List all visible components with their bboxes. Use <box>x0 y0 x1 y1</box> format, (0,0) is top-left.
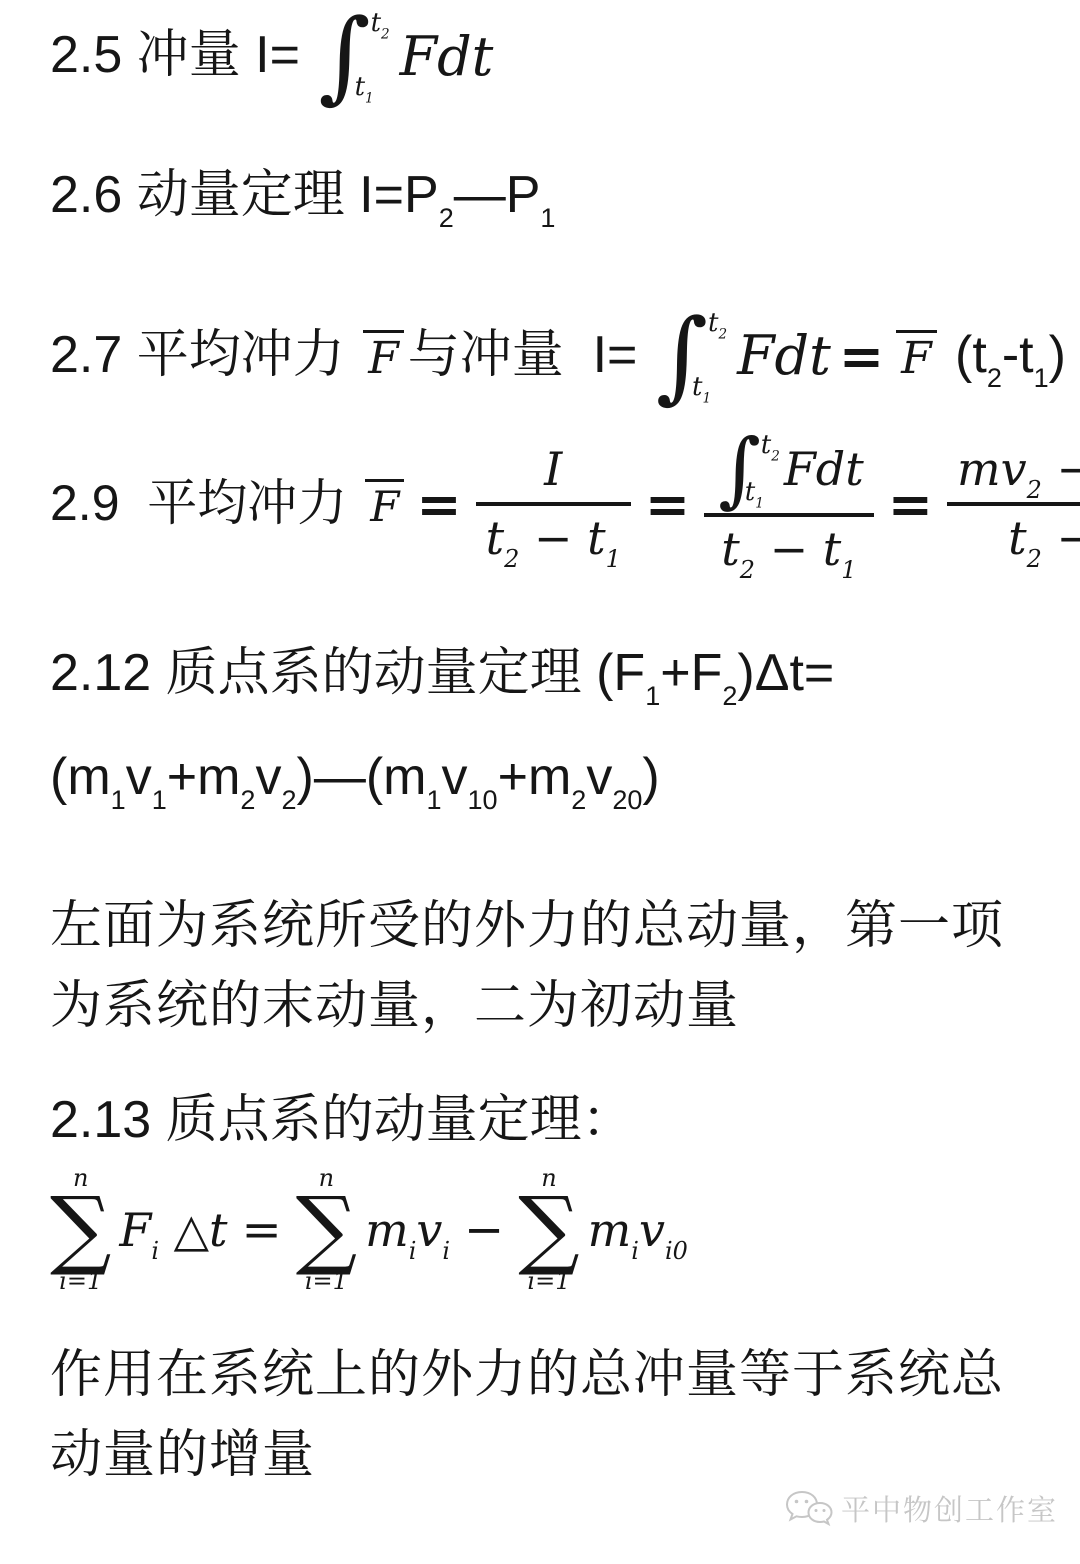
formula-2-5-text: 2.5 冲量 I= <box>50 26 314 86</box>
fraction-bar <box>476 502 631 506</box>
fraction-bar <box>704 513 874 517</box>
integrand: Fdt <box>784 443 864 496</box>
integrand: Fdt <box>400 25 494 88</box>
integral-limits: t2 t1 <box>761 432 780 507</box>
equals-sign: = <box>416 472 461 536</box>
average-force-fbar: F <box>896 330 937 381</box>
formula-2-5: 2.5 冲量 I= ∫ t2 t1 Fdt <box>50 10 1050 102</box>
fraction-impulse-over-time: I t2 − t1 <box>476 441 631 567</box>
formula-2-7-prefix: 2.7 平均冲力 <box>50 326 359 386</box>
formula-2-9: 2.9 平均冲力 F = I t2 − t1 = ∫ t2 t1 Fdt t2 … <box>50 430 1050 578</box>
summation-lower-limit: i=1 <box>59 1268 102 1294</box>
formula-2-7-mid: 与冲量 I= <box>408 326 652 386</box>
summation-group: n ∑ i=1 <box>50 1165 111 1295</box>
formula-2-7: 2.7 平均冲力 F 与冲量 I= ∫ t2 t1 Fdt = F (t2-t1… <box>50 310 1050 402</box>
formula-2-9-prefix: 2.9 平均冲力 <box>50 475 361 533</box>
explanation-line: 作用在系统上的外力的总冲量等于系统总 <box>50 1335 1050 1416</box>
fraction-denominator: t2 − t1 <box>476 510 631 567</box>
summation-lower-limit: i=1 <box>305 1268 348 1294</box>
formula-2-6-text: 2.6 动量定理 I=P2—P1 <box>50 166 555 226</box>
equals-sign: = <box>839 324 884 388</box>
formula-2-12-text: 2.12 质点系的动量定理 (F1+F2)Δt= <box>50 644 834 704</box>
minus-sign: − <box>464 1202 504 1258</box>
integral-upper-limit: t2 <box>708 310 727 336</box>
formula-2-12-line2: (m1v1+m2v2)—(m1v10+m2v20) <box>50 748 1050 808</box>
integral-group: ∫ t2 t1 <box>656 310 727 402</box>
explanation-line: 动量的增量 <box>50 1415 1050 1496</box>
formula-2-13-title: 2.13 质点系的动量定理： <box>50 1091 634 1151</box>
average-force-fbar: F <box>363 330 404 381</box>
fraction-numerator: mv2 − mv1 <box>947 441 1080 498</box>
equals-sign: = <box>241 1202 281 1258</box>
fraction-denominator: t2 − t1 <box>711 521 866 578</box>
fraction-momentum-over-time: mv2 − mv1 t2 − t1 <box>947 441 1080 567</box>
explanation-line: 左面为系统所受的外力的总动量，第一项 <box>50 886 1050 967</box>
watermark-text: 平中物创工作室 <box>841 1488 1058 1529</box>
formula-2-12-continuation: (m1v1+m2v2)—(m1v10+m2v20) <box>50 748 660 808</box>
integral-lower-limit: t1 <box>745 479 780 505</box>
integral-lower-limit: t1 <box>692 374 727 400</box>
summation-group: n ∑ i=1 <box>518 1165 579 1295</box>
formula-2-6: 2.6 动量定理 I=P2—P1 <box>50 166 1050 226</box>
formula-2-7-tail: (t2-t1) <box>941 326 1066 386</box>
fraction-bar <box>947 502 1080 506</box>
fraction-integral-over-time: ∫ t2 t1 Fdt t2 − t1 <box>704 430 874 578</box>
equals-sign: = <box>645 472 690 536</box>
integrand: Fdt <box>737 324 831 387</box>
wechat-icon <box>785 1489 833 1529</box>
sigma-icon: ∑ <box>50 1191 111 1268</box>
formula-2-12-line1: 2.12 质点系的动量定理 (F1+F2)Δt= <box>50 644 1050 704</box>
integral-upper-limit: t2 <box>761 432 780 458</box>
summation-lower-limit: i=1 <box>527 1268 570 1294</box>
fraction-denominator: t2 − t1 <box>998 510 1080 567</box>
summation-body: mivi <box>365 1203 450 1257</box>
summation-body: Fi △t <box>119 1203 227 1257</box>
integral-upper-limit: t2 <box>371 10 390 36</box>
formula-sheet: 2.5 冲量 I= ∫ t2 t1 Fdt 2.6 动量定理 I=P2—P1 2… <box>0 10 1080 1496</box>
fraction-numerator: ∫ t2 t1 Fdt <box>704 430 874 509</box>
sigma-icon: ∑ <box>296 1191 357 1268</box>
summation-group: n ∑ i=1 <box>296 1165 357 1295</box>
integral-group: ∫ t2 t1 <box>318 10 389 102</box>
fraction-numerator: I <box>534 441 572 498</box>
formula-2-13-equation: n ∑ i=1 Fi △t = n ∑ i=1 mivi − n ∑ i=1 m… <box>50 1165 1050 1295</box>
summation-body: mivi0 <box>588 1203 688 1257</box>
explanation-paragraph-1: 左面为系统所受的外力的总动量，第一项 为系统的末动量，二为初动量 <box>50 886 1050 1047</box>
integral-limits: t2 t1 <box>708 310 727 402</box>
integral-group: ∫ t2 t1 <box>718 432 780 507</box>
explanation-paragraph-2: 作用在系统上的外力的总冲量等于系统总 动量的增量 <box>50 1335 1050 1496</box>
sigma-icon: ∑ <box>518 1191 579 1268</box>
integral-lower-limit: t1 <box>355 74 390 100</box>
watermark: 平中物创工作室 <box>785 1488 1058 1529</box>
formula-2-13-heading: 2.13 质点系的动量定理： <box>50 1091 1050 1151</box>
average-force-fbar: F <box>365 479 404 528</box>
integral-limits: t2 t1 <box>371 10 390 102</box>
equals-sign: = <box>888 472 933 536</box>
explanation-line: 为系统的末动量，二为初动量 <box>50 966 1050 1047</box>
